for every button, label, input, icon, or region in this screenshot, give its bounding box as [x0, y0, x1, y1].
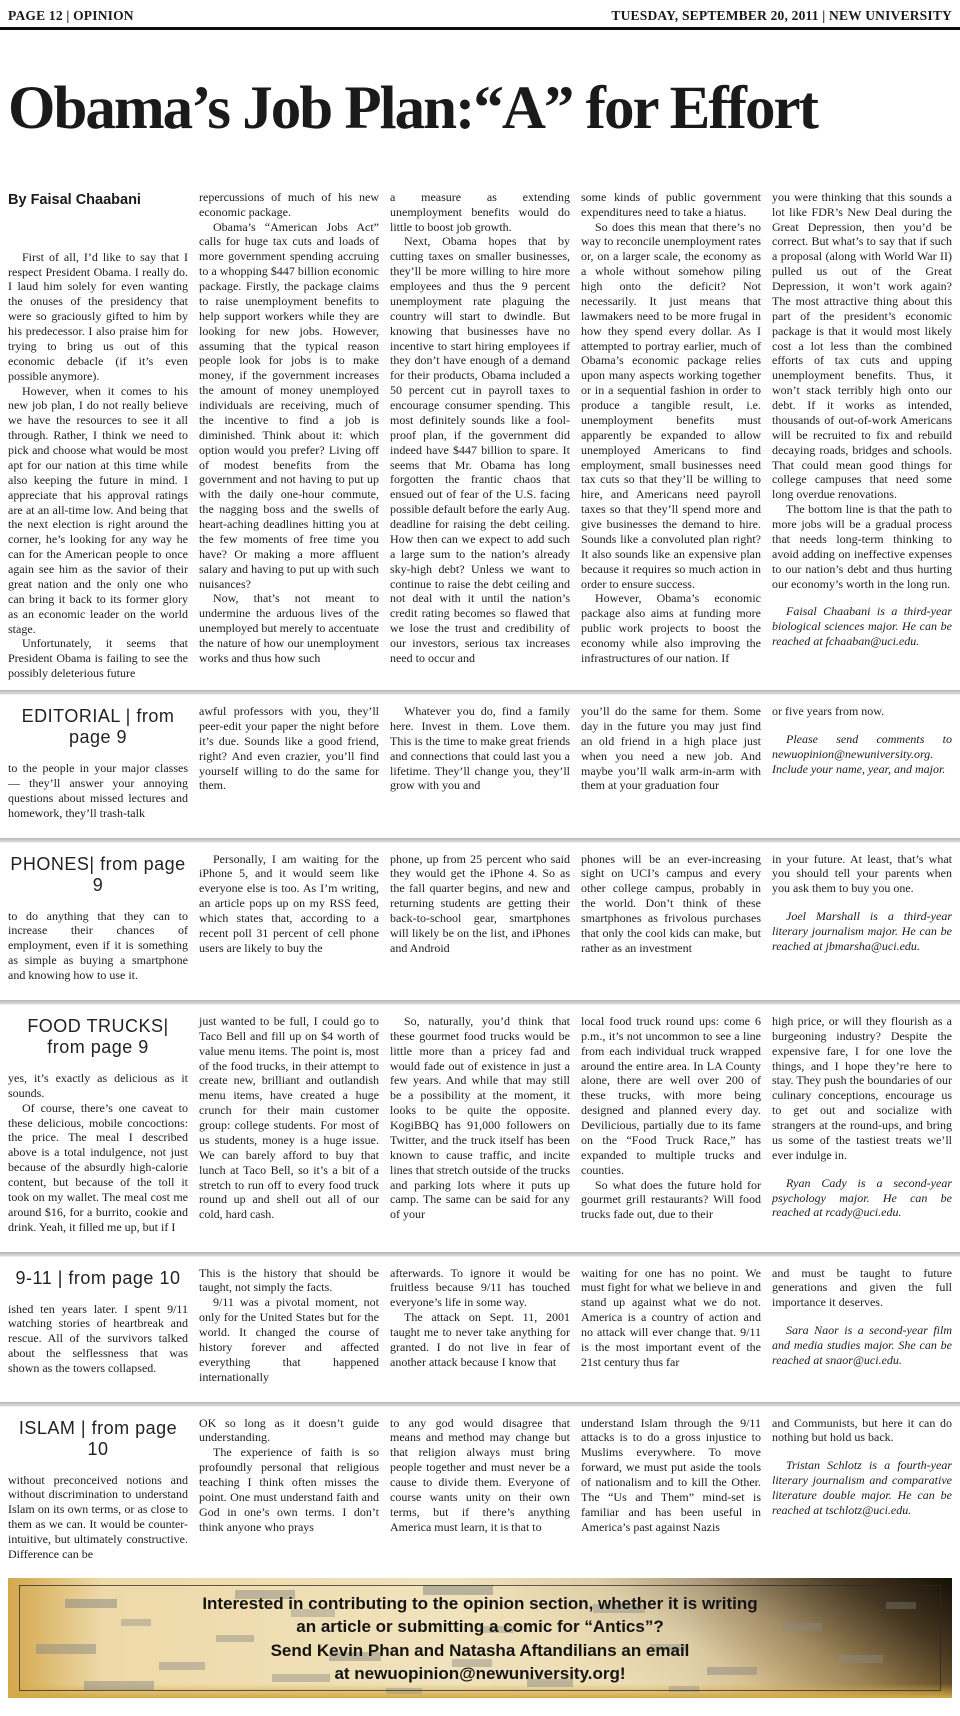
paragraph: ished ten years later. I spent 9/11 watc… [8, 1302, 188, 1376]
paragraph: repercussions of much of his new economi… [199, 190, 379, 220]
paragraph: some kinds of public government expendit… [581, 190, 761, 220]
paragraph: OK so long as it doesn’t guide understan… [199, 1416, 379, 1446]
author-bio: Joel Marshall is a third-year literary j… [772, 909, 952, 954]
islam-column: OK so long as it doesn’t guide understan… [199, 1416, 379, 1562]
paragraph: just wanted to be full, I could go to Ta… [199, 1014, 379, 1222]
section-heading: 9-11 | from page 10 [8, 1268, 188, 1289]
masthead: PAGE 12 | OPINION TUESDAY, SEPTEMBER 20,… [0, 0, 960, 30]
page-folio: PAGE 12 | OPINION [8, 8, 134, 24]
article-column: some kinds of public government expendit… [581, 190, 761, 681]
paragraph: First of all, I’d like to say that I res… [8, 250, 188, 384]
nine-eleven-column: afterwards. To ignore it would be fruitl… [390, 1266, 570, 1385]
main-article: By Faisal ChaabaniFirst of all, I’d like… [0, 190, 960, 681]
article-column: you were thinking that this sounds a lot… [772, 190, 952, 681]
section-heading: PHONES| from page 9 [8, 854, 188, 896]
phones-column: PHONES| from page 9to do anything that t… [8, 852, 188, 983]
paragraph: So, naturally, you’d think that these go… [390, 1014, 570, 1222]
editorial-column: awful professors with you, they’ll peer-… [199, 704, 379, 821]
paragraph: So what does the future hold for gourmet… [581, 1178, 761, 1223]
islam-section: ISLAM | from page 10without preconceived… [0, 1406, 960, 1570]
paragraph: afterwards. To ignore it would be fruitl… [390, 1266, 570, 1311]
paragraph: understand Islam through the 9/11 attack… [581, 1416, 761, 1535]
banner-line: at newuopinion@newuniversity.org! [8, 1662, 952, 1685]
section-heading: EDITORIAL | from page 9 [8, 706, 188, 748]
nine-eleven-column: waiting for one has no point. We must fi… [581, 1266, 761, 1385]
paragraph: to do anything that they can to increase… [8, 909, 188, 983]
paragraph: phones will be an ever-increasing sight … [581, 852, 761, 956]
paragraph: Whatever you do, find a family here. Inv… [390, 704, 570, 793]
food-trucks-column: So, naturally, you’d think that these go… [390, 1014, 570, 1235]
editorial-section: EDITORIAL | from page 9to the people in … [0, 694, 960, 829]
banner-line: an article or submitting a comic for “An… [8, 1615, 952, 1638]
date-banner: TUESDAY, SEPTEMBER 20, 2011 | NEW UNIVER… [611, 8, 952, 24]
paragraph: awful professors with you, they’ll peer-… [199, 704, 379, 793]
nine-eleven-column: 9-11 | from page 10ished ten years later… [8, 1266, 188, 1385]
paragraph: This is the history that should be taugh… [199, 1266, 379, 1296]
food-trucks-column: local food truck round ups: come 6 p.m.,… [581, 1014, 761, 1235]
paragraph: or five years from now. [772, 704, 952, 719]
author-bio: Please send comments to newuopinion@newu… [772, 732, 952, 777]
main-headline: Obama’s Job Plan:“A” for Effort [0, 71, 960, 149]
food-trucks-column: high price, or will they flourish as a b… [772, 1014, 952, 1235]
editorial-column: EDITORIAL | from page 9to the people in … [8, 704, 188, 821]
paragraph: in your future. At least, that’s what yo… [772, 852, 952, 897]
bottom-margin [0, 1698, 960, 1716]
paragraph: The attack on Sept. 11, 2001 taught me t… [390, 1310, 570, 1370]
author-bio: Ryan Cady is a second-year psychology ma… [772, 1176, 952, 1221]
food-trucks-section: FOOD TRUCKS| from page 9yes, it’s exactl… [0, 1004, 960, 1243]
paragraph: without preconceived notions and without… [8, 1473, 188, 1562]
paragraph: local food truck round ups: come 6 p.m.,… [581, 1014, 761, 1178]
phones-column: in your future. At least, that’s what yo… [772, 852, 952, 983]
continued-sections: EDITORIAL | from page 9to the people in … [0, 690, 960, 1570]
article-column: repercussions of much of his new economi… [199, 190, 379, 681]
paragraph: yes, it’s exactly as delicious as it sou… [8, 1071, 188, 1101]
banner-text: Interested in contributing to the opinio… [8, 1578, 952, 1686]
banner-line: Send Kevin Phan and Natasha Aftandilians… [8, 1639, 952, 1662]
paragraph: Obama’s “American Jobs Act” calls for hu… [199, 220, 379, 592]
article-column: By Faisal ChaabaniFirst of all, I’d like… [8, 190, 188, 681]
author-bio: Faisal Chaabani is a third-year biologic… [772, 604, 952, 649]
author-bio: Tristan Schlotz is a fourth-year literar… [772, 1458, 952, 1518]
nine-eleven-section: 9-11 | from page 10ished ten years later… [0, 1256, 960, 1393]
paragraph: So does this mean that there’s no way to… [581, 220, 761, 592]
food-trucks-column: FOOD TRUCKS| from page 9yes, it’s exactl… [8, 1014, 188, 1235]
paragraph: However, when it comes to his new job pl… [8, 384, 188, 637]
paragraph: The bottom line is that the path to more… [772, 502, 952, 591]
paragraph: Unfortunately, it seems that President O… [8, 636, 188, 681]
paragraph: Of course, there’s one caveat to these d… [8, 1101, 188, 1235]
phones-section: PHONES| from page 9to do anything that t… [0, 842, 960, 991]
paragraph: 9/11 was a pivotal moment, not only for … [199, 1295, 379, 1384]
paragraph: high price, or will they flourish as a b… [772, 1014, 952, 1163]
paragraph: you’ll do the same for them. Some day in… [581, 704, 761, 793]
paragraph: Next, Obama hopes that by cutting taxes … [390, 234, 570, 665]
paragraph: to the people in your major classes — th… [8, 761, 188, 821]
section-heading: FOOD TRUCKS| from page 9 [8, 1016, 188, 1058]
section-heading: ISLAM | from page 10 [8, 1418, 188, 1460]
editorial-column: Whatever you do, find a family here. Inv… [390, 704, 570, 821]
banner-line: Interested in contributing to the opinio… [8, 1592, 952, 1615]
paragraph: waiting for one has no point. We must fi… [581, 1266, 761, 1370]
paragraph: phone, up from 25 percent who said they … [390, 852, 570, 956]
editorial-column: you’ll do the same for them. Some day in… [581, 704, 761, 821]
paragraph: However, Obama’s economic package also a… [581, 591, 761, 665]
islam-column: understand Islam through the 9/11 attack… [581, 1416, 761, 1562]
paragraph: Now, that’s not meant to undermine the a… [199, 591, 379, 665]
islam-column: and Communists, but here it can do nothi… [772, 1416, 952, 1562]
islam-column: ISLAM | from page 10without preconceived… [8, 1416, 188, 1562]
phones-column: phone, up from 25 percent who said they … [390, 852, 570, 983]
nine-eleven-column: This is the history that should be taugh… [199, 1266, 379, 1385]
editorial-column: or five years from now.Please send comme… [772, 704, 952, 821]
food-trucks-column: just wanted to be full, I could go to Ta… [199, 1014, 379, 1235]
paragraph: and must be taught to future generations… [772, 1266, 952, 1311]
article-column: a measure as extending unemployment bene… [390, 190, 570, 681]
paragraph: The experience of faith is so profoundly… [199, 1445, 379, 1534]
phones-column: phones will be an ever-increasing sight … [581, 852, 761, 983]
phones-column: Personally, I am waiting for the iPhone … [199, 852, 379, 983]
newspaper-page: PAGE 12 | OPINION TUESDAY, SEPTEMBER 20,… [0, 0, 960, 1716]
byline: By Faisal Chaabani [8, 192, 188, 210]
paragraph: and Communists, but here it can do nothi… [772, 1416, 952, 1446]
paragraph: you were thinking that this sounds a lot… [772, 190, 952, 502]
paragraph: a measure as extending unemployment bene… [390, 190, 570, 235]
paragraph: Personally, I am waiting for the iPhone … [199, 852, 379, 956]
islam-column: to any god would disagree that means and… [390, 1416, 570, 1562]
contribute-banner: Interested in contributing to the opinio… [8, 1578, 952, 1698]
nine-eleven-column: and must be taught to future generations… [772, 1266, 952, 1385]
paragraph: to any god would disagree that means and… [390, 1416, 570, 1535]
author-bio: Sara Naor is a second-year film and medi… [772, 1323, 952, 1368]
